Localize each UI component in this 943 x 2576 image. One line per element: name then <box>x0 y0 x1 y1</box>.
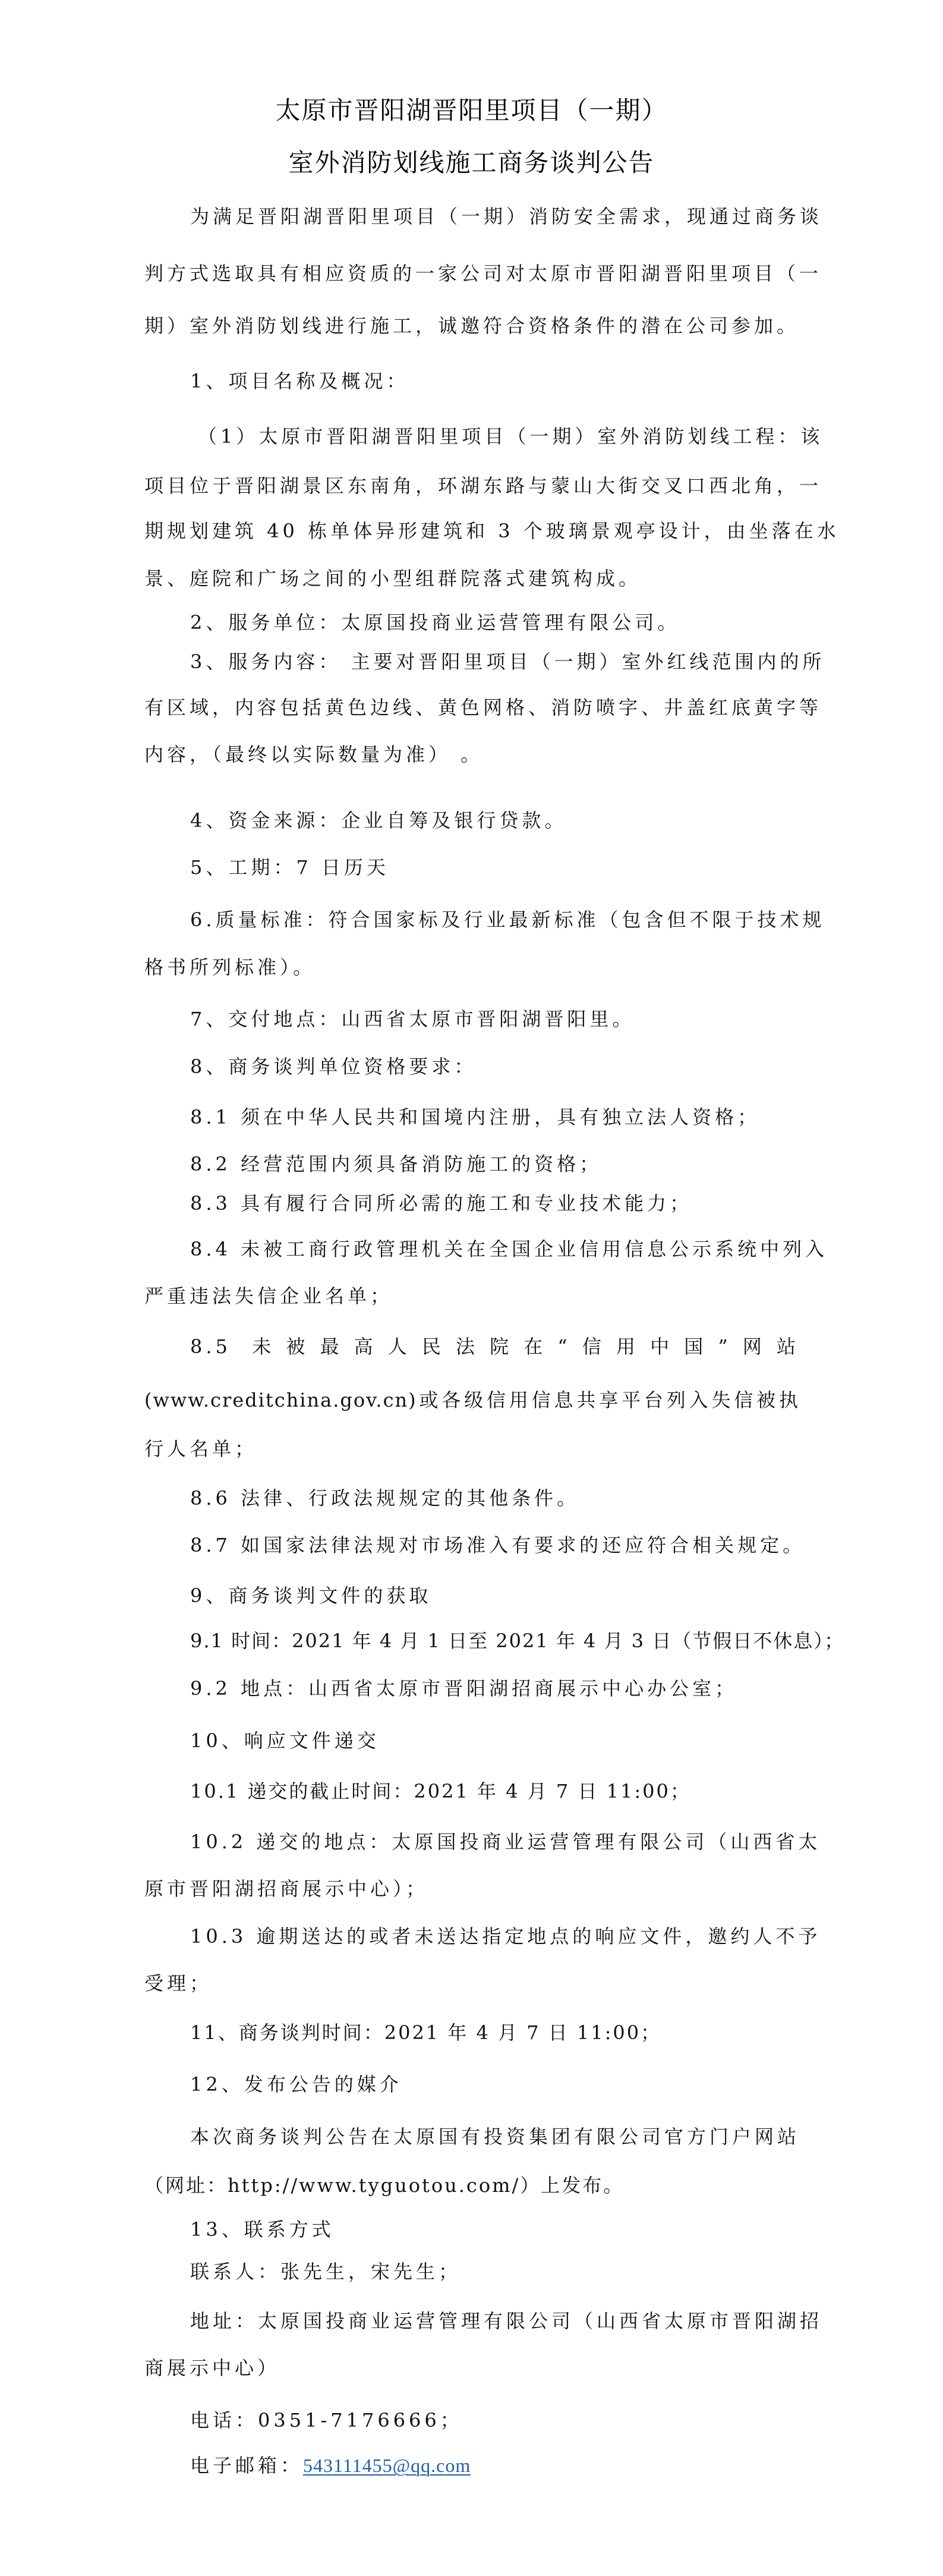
section-6-line-2: 格书所列标准）。 <box>144 955 316 979</box>
section-9-item-1-time: 9.1 时间：2021 年 4 月 1 日至 2021 年 4 月 3 日（节假… <box>190 1629 844 1653</box>
section-10-item-3-line-2: 受理； <box>144 1971 212 1995</box>
contact-address-line-2: 商展示中心） <box>144 2356 280 2380</box>
section-1-heading: 1、项目名称及概况： <box>190 369 409 393</box>
section-10-item-2-line-2: 原市晋阳湖招商展示中心）； <box>144 1877 428 1901</box>
section-8-item-5-line-2: (www.creditchina.gov.cn)或各级信用信息共享平台列入失信被… <box>144 1388 799 1412</box>
section-3-line-3: 内容，（最终以实际数量为准） 。 <box>144 743 483 766</box>
contact-person: 联系人：张先生，宋先生； <box>190 2260 461 2284</box>
section-9-heading: 9、商务谈判文件的获取 <box>190 1584 431 1608</box>
section-8-item-2: 8.2 经营范围内须具备消防施工的资格； <box>190 1152 602 1176</box>
section-8-item-7: 8.7 如国家法律法规对市场准入有要求的还应符合相关规定。 <box>190 1533 805 1557</box>
section-8-item-4-line-1: 8.4 未被工商行政管理机关在全国企业信用信息公示系统中列入 <box>190 1237 799 1261</box>
section-12-heading: 12、发布公告的媒介 <box>190 2072 402 2096</box>
document-page: 太原市晋阳湖晋阳里项目（一期） 室外消防划线施工商务谈判公告 为满足晋阳湖晋阳里… <box>0 0 943 2576</box>
section-12-body-line-1: 本次商务谈判公告在太原国有投资集团有限公司官方门户网站 <box>190 2125 799 2149</box>
section-3-line-2: 有区域，内容包括黄色边线、黄色网格、消防喷字、井盖红底黄字等 <box>144 696 799 719</box>
section-8-item-5-line-3: 行人名单； <box>144 1437 257 1461</box>
contact-email-row: 电子邮箱：543111455@qq.com <box>190 2454 471 2477</box>
section-4-funding: 4、资金来源：企业自筹及银行贷款。 <box>190 809 567 832</box>
section-1-body-line-2: 项目位于晋阳湖景区东南角，环湖东路与蒙山大街交叉口西北角，一 <box>144 474 799 498</box>
document-title-line-2: 室外消防划线施工商务谈判公告 <box>0 148 943 178</box>
contact-address-line-1: 地址：太原国投商业运营管理有限公司（山西省太原市晋阳湖招 <box>190 2309 799 2333</box>
section-8-item-5-line-1: 8.5 未被最高人民法院在“信用中国”网站 <box>190 1335 799 1358</box>
section-8-item-6: 8.6 法律、行政法规规定的其他条件。 <box>190 1486 579 1510</box>
section-1-body-line-4: 景、庭院和广场之间的小型组群院落式建筑构成。 <box>144 567 641 590</box>
section-8-item-1: 8.1 须在中华人民共和国境内注册，具有独立法人资格； <box>190 1105 760 1129</box>
section-10-item-1-deadline: 10.1 递交的截止时间：2021 年 4 月 7 日 11:00； <box>190 1779 691 1803</box>
section-10-heading: 10、响应文件递交 <box>190 1729 380 1753</box>
contact-email-label: 电子邮箱： <box>190 2454 303 2477</box>
section-8-item-3: 8.3 具有履行合同所必需的施工和专业技术能力； <box>190 1191 692 1215</box>
section-8-item-4-line-2: 严重违法失信企业名单； <box>144 1284 393 1308</box>
section-9-item-2-location: 9.2 地点：山西省太原市晋阳湖招商展示中心办公室； <box>190 1677 737 1700</box>
section-13-heading: 13、联系方式 <box>190 2218 335 2241</box>
section-3-line-1: 3、服务内容： 主要对晋阳里项目（一期）室外红线范围内的所 <box>190 650 799 674</box>
section-6-line-1: 6.质量标准：符合国家标及行业最新标准（包含但不限于技术规 <box>190 908 799 932</box>
section-8-heading: 8、商务谈判单位资格要求： <box>190 1055 477 1078</box>
section-7-delivery-location: 7、交付地点：山西省太原市晋阳湖晋阳里。 <box>190 1007 635 1031</box>
section-2-service-unit: 2、服务单位：太原国投商业运营管理有限公司。 <box>190 611 680 634</box>
section-10-item-3-line-1: 10.3 逾期送达的或者未送达指定地点的响应文件，邀约人不予 <box>190 1924 799 1948</box>
document-title-line-1: 太原市晋阳湖晋阳里项目（一期） <box>0 96 943 125</box>
section-1-body-line-3: 期规划建筑 40 栋单体异形建筑和 3 个玻璃景观亭设计，由坐落在水 <box>144 519 799 543</box>
section-11-negotiation-time: 11、商务谈判时间：2021 年 4 月 7 日 11:00； <box>190 2021 661 2045</box>
contact-phone: 电话：0351-7176666； <box>190 2408 463 2432</box>
section-5-duration: 5、工期：7 日历天 <box>190 855 389 879</box>
section-10-item-2-line-1: 10.2 递交的地点：太原国投商业运营管理有限公司（山西省太 <box>190 1830 799 1854</box>
intro-line-2: 判方式选取具有相应资质的一家公司对太原市晋阳湖晋阳里项目（一 <box>144 262 799 285</box>
intro-line-3: 期）室外消防划线进行施工，诚邀符合资格条件的潜在公司参加。 <box>144 314 799 338</box>
section-12-body-line-2: （网址：http://www.tyguotou.com/）上发布。 <box>144 2174 624 2197</box>
section-1-body-line-1: （1）太原市晋阳湖晋阳里项目（一期）室外消防划线工程：该 <box>198 424 799 448</box>
intro-line-1: 为满足晋阳湖晋阳里项目（一期）消防安全需求，现通过商务谈 <box>190 205 799 228</box>
contact-email-link[interactable]: 543111455@qq.com <box>303 2455 471 2476</box>
